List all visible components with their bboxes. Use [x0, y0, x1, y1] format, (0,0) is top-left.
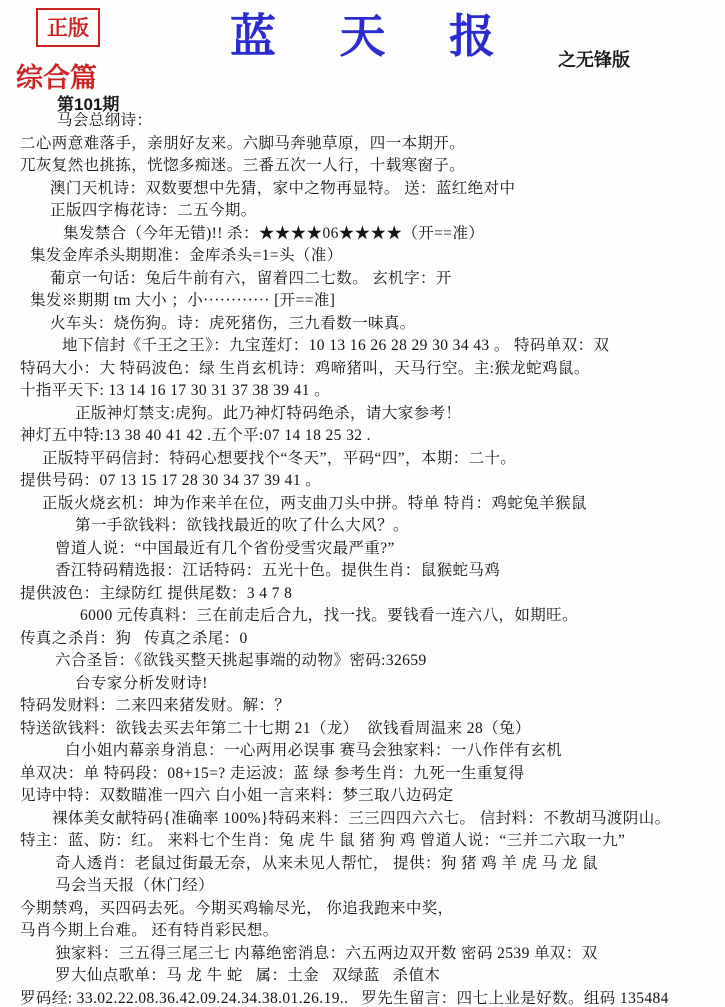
report-line: 提供波色：主绿防红 提供尾数：3 4 7 8 [0, 583, 725, 606]
report-line: 特主：蓝、防：红。 来料七个生肖：兔 虎 牛 鼠 猪 狗 鸡 曾道人说：“三并二… [0, 830, 725, 853]
report-line: 特送欲钱料：欲钱去买去年第二十七期 21（龙） 欲钱看周温来 28（兔） [0, 718, 725, 741]
report-line: 二心两意难落手，亲朋好友来。六脚马奔驰草原，四一本期开。 [0, 133, 725, 156]
report-line: 集发禁合（今年无错)!! 杀：★★★★06★★★★（开==准） [0, 223, 725, 246]
report-line: 正版火烧玄机：坤为作来羊在位，两支曲刀头中拼。特单 特肖：鸡蛇兔羊猴鼠 [0, 493, 725, 516]
report-line: 传真之杀肖：狗 传真之杀尾：0 [0, 628, 725, 651]
report-line: 曾道人说：“中国最近有几个省份受雪灾最严重?” [0, 538, 725, 561]
report-line: 提供号码：07 13 15 17 28 30 34 37 39 41 。 [0, 470, 725, 493]
report-line: 马会当天报（休门经） [0, 875, 725, 898]
report-line: 正版特平码信封：特码心想要找个“冬天”，平码“四”，本期：二十。 [0, 448, 725, 471]
report-line: 裸体美女献特码{准确率 100%}特码来料：三三四四六六七。 信封料：不教胡马渡… [0, 808, 725, 831]
report-line: 台专家分析发财诗! [0, 673, 725, 696]
report-line: 集发金库杀头期期准：金库杀头=1=头（准） [0, 245, 725, 268]
report-line: 6000 元传真料：三在前走后合九，找一找。要钱看一连六八，如期旺。 [0, 605, 725, 628]
report-line: 独家料：三五得三尾三七 内幕绝密消息：六五两边双开数 密码 2539 单双：双 [0, 943, 725, 966]
report-line: 香江特码精选报：江话特码：五光十色。提供生肖：鼠猴蛇马鸡 [0, 560, 725, 583]
report-line: 罗码经: 33.02.22.08.36.42.09.24.34.38.01.26… [0, 988, 725, 1007]
report-line: 十指平天下: 13 14 16 17 30 31 37 38 39 41 。 [0, 380, 725, 403]
report-line: 第一手欲钱料：欲钱找最近的吹了什么大风？。 [0, 515, 725, 538]
report-line: 葡京一句话：兔后牛前有六，留着四二七数。 玄机字：开 [0, 268, 725, 291]
report-line: 火车头：烧伤狗。诗：虎死猪伤，三九看数一味真。 [0, 313, 725, 336]
report-line: 正版四字梅花诗：二五今期。 [0, 200, 725, 223]
report-line: 单双决：单 特码段：08+15=? 走运波：蓝 绿 参考生肖：九死一生重复得 [0, 763, 725, 786]
report-line: 见诗中特：双数瞄准一四六 白小姐一言来料：梦三取八边码定 [0, 785, 725, 808]
report-line: 地下信封《千王之王》：九宝莲灯：10 13 16 26 28 29 30 34 … [0, 335, 725, 358]
report-line: 白小姐内幕亲身消息：一心两用必误事 赛马会独家料：一八作伴有玄机 [0, 740, 725, 763]
report-line: 澳门天机诗：双数要想中先猜，家中之物再显特。 送：蓝红绝对中 [0, 178, 725, 201]
report-line: 特码发财料：二来四来猪发财。解：？ [0, 695, 725, 718]
report-line: 罗大仙点歌单：马 龙 牛 蛇 属：土金 双绿蓝 杀值木 [0, 965, 725, 988]
report-line: 奇人透肖：老鼠过街最无奈，从来未见人帮忙， 提供：狗 猪 鸡 羊 虎 马 龙 鼠 [0, 853, 725, 876]
report-line: 集发※期期 tm 大小 ；小············ [开==准] [0, 290, 725, 313]
report-page: 正版 蓝 天 报 之无锋版 综合篇 第101期 马会总纲诗： 二心两意难落手，亲… [0, 0, 725, 1007]
report-line: 六合圣旨：《欲钱买整天挑起事端的动物》密码:32659 [0, 650, 725, 673]
report-body: 马会总纲诗： 二心两意难落手，亲朋好友来。六脚马奔驰草原，四一本期开。 兀灰复然… [0, 110, 725, 1007]
report-line: 特码大小：大 特码波色：绿 生肖玄机诗：鸡啼猪叫，天马行空。主:猴龙蛇鸡鼠。 [0, 358, 725, 381]
report-line: 马会总纲诗： [0, 110, 725, 133]
report-line: 神灯五中特:13 38 40 41 42 .五个平:07 14 18 25 32… [0, 425, 725, 448]
report-line: 兀灰复然也挑拣，恍惚多痴迷。三番五次一人行，十载寒窗子。 [0, 155, 725, 178]
report-line: 马肖今期上台难。 还有特肖彩民想。 [0, 920, 725, 943]
report-line: 今期禁鸡，买四码去死。今期买鸡输尽光， 你追我跑来中奖， [0, 898, 725, 921]
report-line: 正版神灯禁支:虎狗。此乃神灯特码绝杀，请大家参考！ [0, 403, 725, 426]
edition-label: 之无锋版 [558, 46, 630, 72]
